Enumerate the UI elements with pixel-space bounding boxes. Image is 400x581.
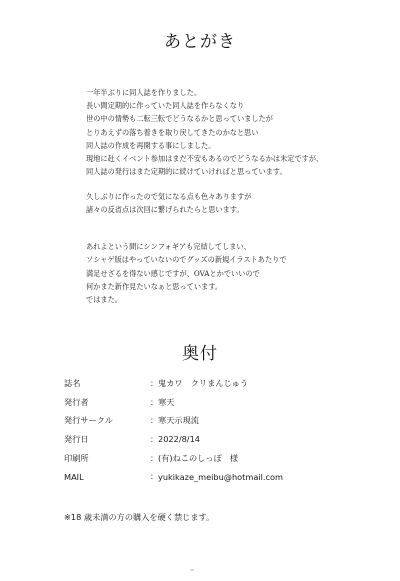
colophon-row-circle: 発行サークル ： 寒天示現流	[64, 411, 364, 430]
text-line: 現地に赴くイベント参加はまだ不安もあるのでどうなるかは未定ですが、	[86, 152, 356, 165]
text-line: ではまた。	[86, 293, 356, 306]
colophon-separator: ：	[150, 397, 158, 408]
text-line: 諸々の反省点は次回に繋げられたらと思います。	[86, 203, 356, 216]
afterword-paragraph-1: 一年半ぶりに同人誌を作りました。 長い間定期的に作っていた同人誌を作らなくなり …	[86, 86, 356, 178]
text-line: 何かまた新作見たいなぁと思っています。	[86, 280, 356, 293]
colophon-key: 誌名	[64, 378, 150, 389]
afterword-paragraph-2: 久しぶりに作ったので気になる点も色々ありますが 諸々の反省点は次回に繋げられたら…	[86, 190, 356, 216]
text-line: 同人誌の作成を再開する事にしました。	[86, 139, 356, 152]
page-number: 36	[190, 568, 194, 572]
afterword-paragraph-3: あれよという間にシンフォギアも完結してしまい、 ソシャゲ版はやっていないのでグッ…	[86, 240, 356, 306]
text-line: あれよという間にシンフォギアも完結してしまい、	[86, 240, 356, 253]
text-line: 久しぶりに作ったので気になる点も色々ありますが	[86, 190, 356, 203]
colophon-value: 2022/8/14	[158, 434, 200, 444]
age-restriction-notice: ※18 歳未満の方の購入を硬く禁じます。	[64, 512, 214, 523]
colophon-value: (有)ねこのしっぽ 様	[158, 453, 238, 464]
colophon-separator: ：	[150, 378, 158, 389]
afterword-title: あとがき	[0, 27, 400, 52]
colophon-separator: ：	[150, 434, 158, 445]
colophon-key: 印刷所	[64, 453, 150, 464]
text-line: 同人誌の発行はまた定期的に続けていければと思っています。	[86, 165, 356, 178]
colophon-row-title: 誌名 ： 鬼カワ クリまんじゅう	[64, 374, 364, 393]
text-line: ソシャゲ版はやっていないのでグッズの新規イラストあたりで	[86, 253, 356, 266]
colophon-key: MAIL	[64, 472, 150, 482]
colophon-row-date: 発行日 ： 2022/8/14	[64, 430, 364, 449]
colophon-row-publisher: 発行者 ： 寒天	[64, 393, 364, 412]
colophon-title: 奥付	[0, 339, 400, 364]
colophon-key: 発行日	[64, 434, 150, 445]
colophon-separator: ：	[150, 453, 158, 464]
text-line: 世の中の情勢も二転三転でどうなるかと思っていましたが	[86, 112, 356, 125]
colophon-key: 発行者	[64, 397, 150, 408]
colophon-row-mail: MAIL ： yukikaze_meibu@hotmail.com	[64, 467, 364, 486]
text-line: 長い間定期的に作っていた同人誌を作らなくなり	[86, 99, 356, 112]
colophon-row-printer: 印刷所 ： (有)ねこのしっぽ 様	[64, 449, 364, 468]
text-line: とりあえずの落ち着きを取り戻してきたのかなと思い	[86, 126, 356, 139]
colophon-separator: ：	[150, 471, 158, 482]
text-line: 満足せざるを得ない感じですが、OVAとかでいいので	[86, 267, 356, 280]
colophon-table: 誌名 ： 鬼カワ クリまんじゅう 発行者 ： 寒天 発行サークル ： 寒天示現流…	[64, 374, 364, 486]
colophon-key: 発行サークル	[64, 415, 150, 426]
colophon-value: 寒天	[158, 397, 174, 408]
colophon-separator: ：	[150, 415, 158, 426]
text-line: 一年半ぶりに同人誌を作りました。	[86, 86, 356, 99]
afterword-body: 一年半ぶりに同人誌を作りました。 長い間定期的に作っていた同人誌を作らなくなり …	[86, 86, 356, 318]
colophon-value: 寒天示現流	[158, 415, 199, 426]
colophon-email: yukikaze_meibu@hotmail.com	[158, 472, 283, 482]
colophon-value: 鬼カワ クリまんじゅう	[158, 378, 248, 389]
